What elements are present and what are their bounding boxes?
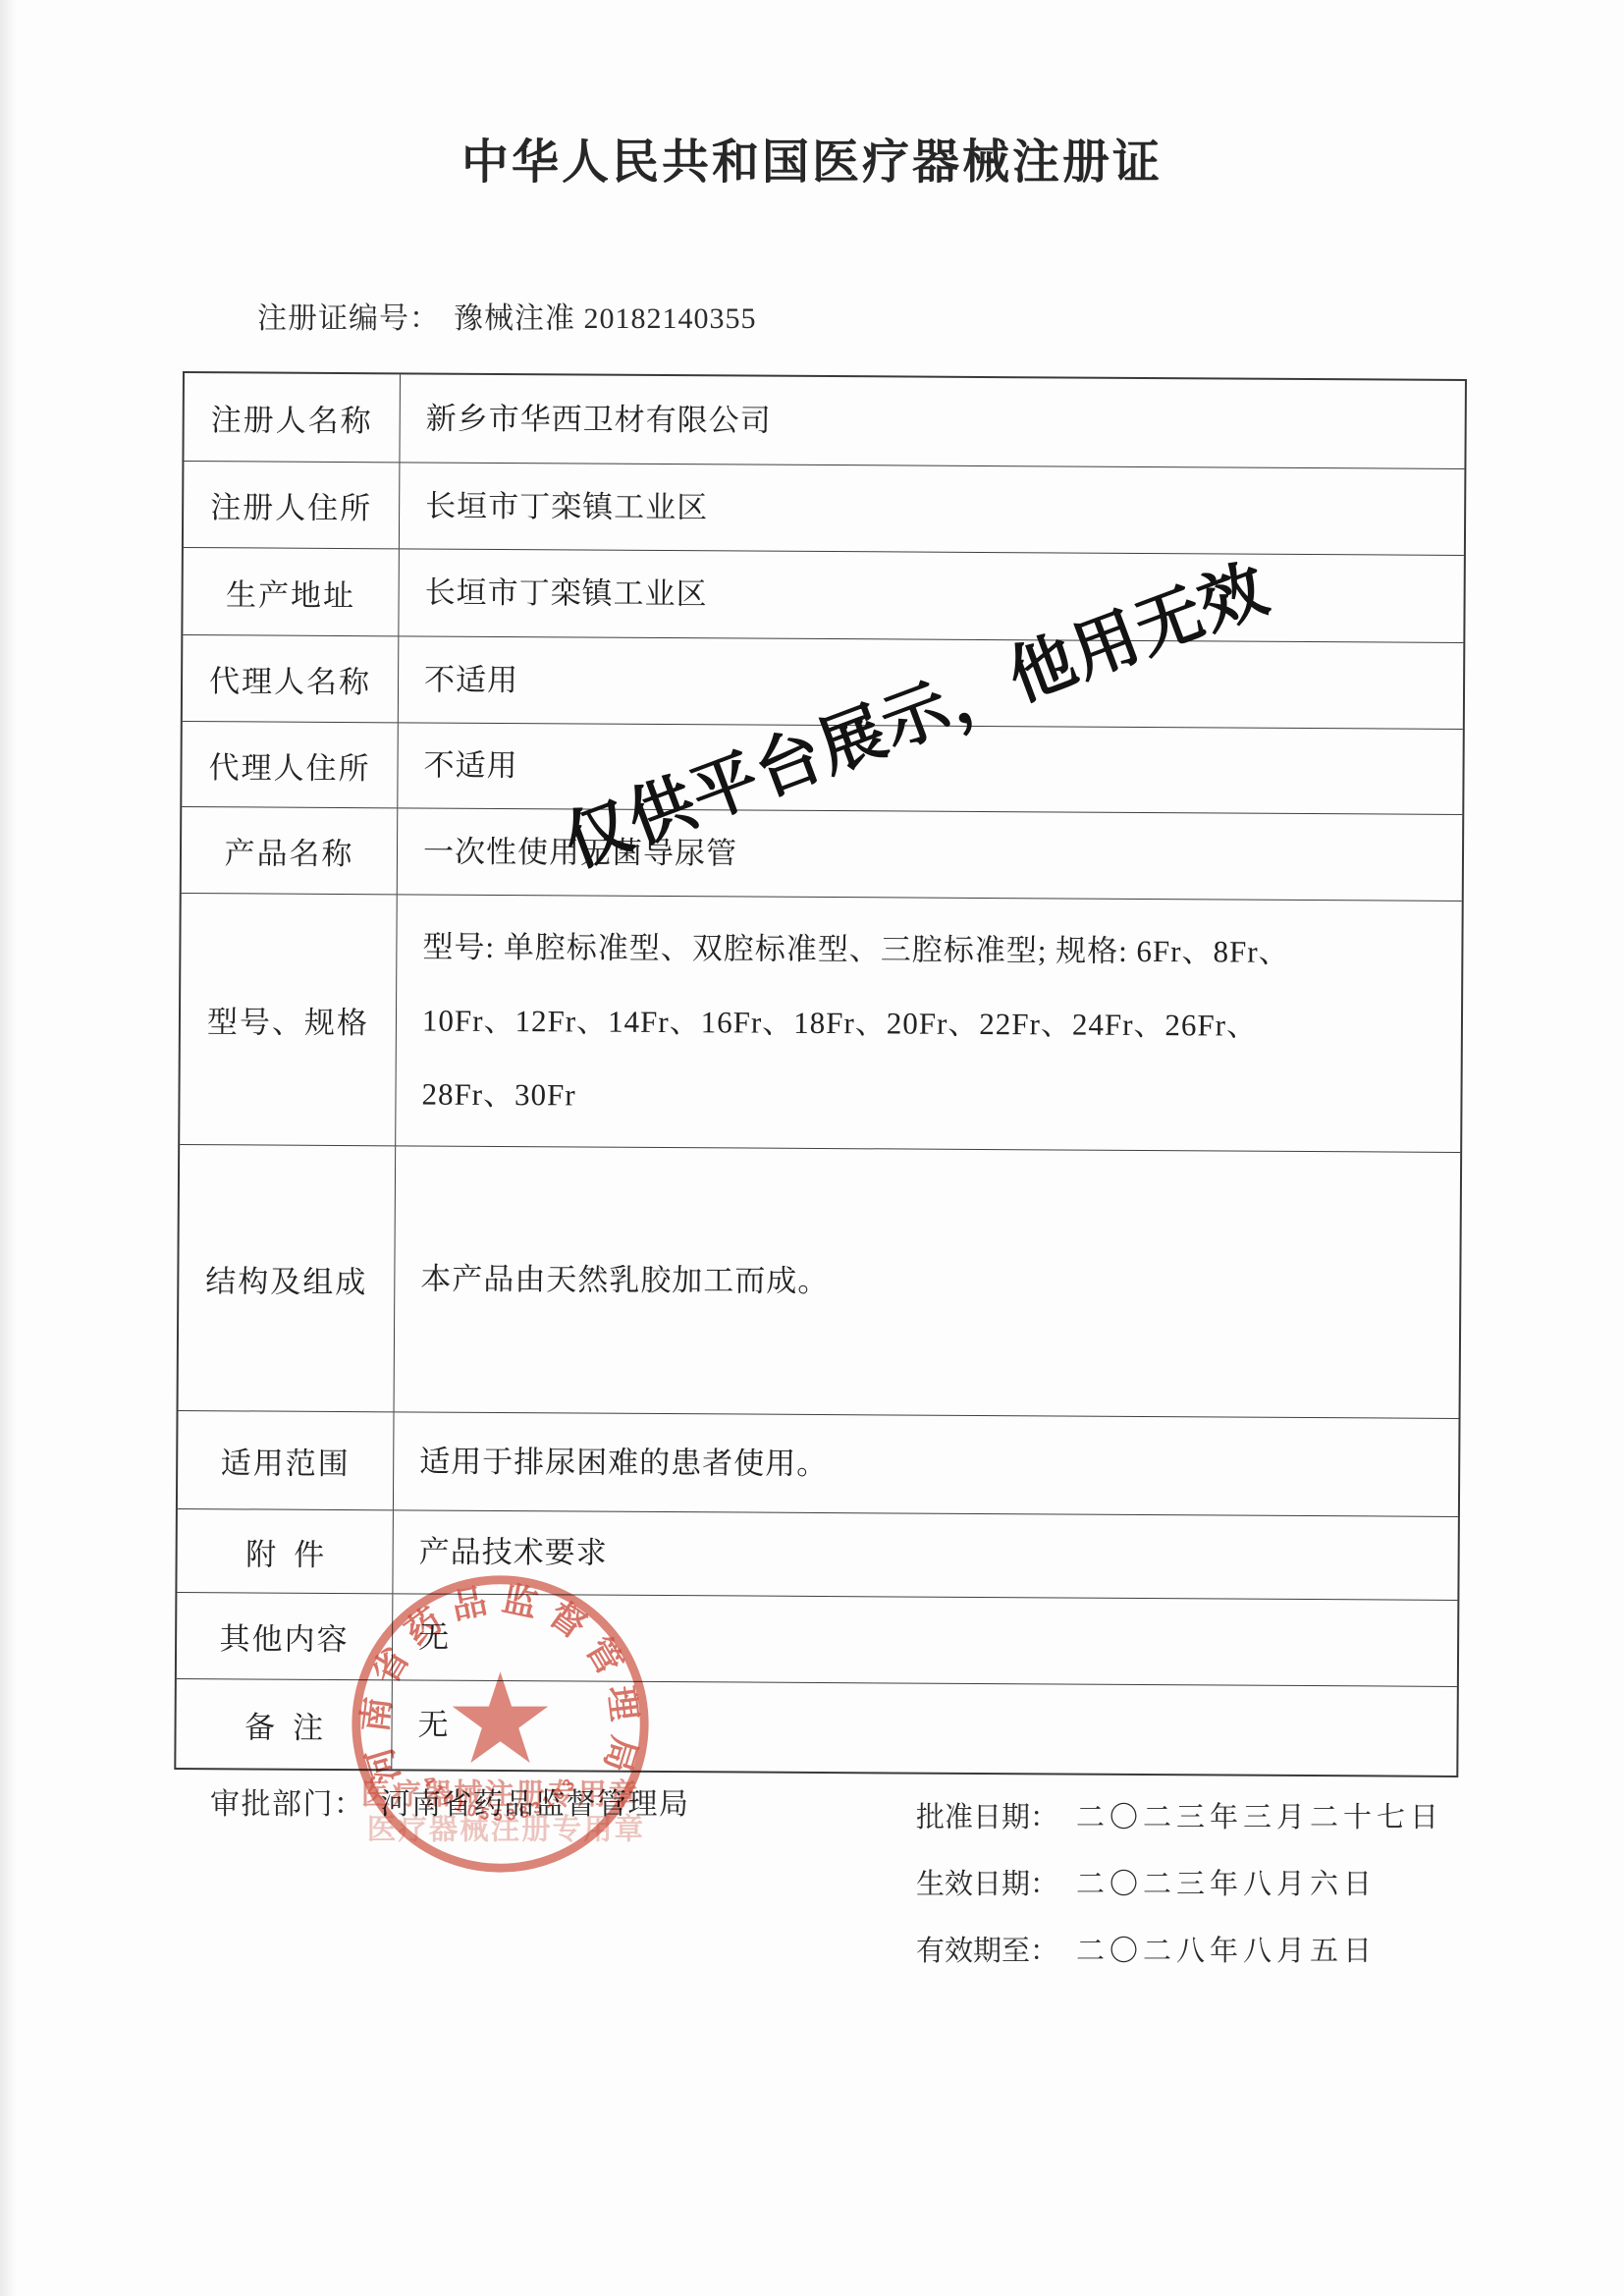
model-spec-line-1: 型号: 单腔标准型、双腔标准型、三腔标准型; 规格: 6Fr、8Fr、: [422, 910, 1441, 990]
expiry-date-line: 有效期至：二〇二八年八月五日: [916, 1929, 1443, 1969]
approval-department-label: 审批部门：: [210, 1788, 365, 1821]
model-spec-line-2: 10Fr、12Fr、14Fr、16Fr、18Fr、20Fr、22Fr、24Fr、…: [422, 984, 1441, 1064]
row-label-registrant-name: 注册人名称: [184, 373, 401, 462]
row-label-agent-name: 代理人名称: [183, 635, 400, 722]
row-label-production-address: 生产地址: [183, 548, 400, 635]
approval-date-label: 批准日期：: [916, 1802, 1058, 1833]
table-row: 结构及组成 本产品由天然乳胶加工而成。: [179, 1145, 1461, 1419]
row-value-production-address: 长垣市丁栾镇工业区: [399, 549, 1464, 642]
registration-number-label: 注册证编号：: [257, 302, 440, 335]
effective-date-label: 生效日期：: [916, 1869, 1058, 1900]
row-value-registrant-address: 长垣市丁栾镇工业区: [400, 463, 1465, 555]
effective-date-value: 二〇二三年八月六日: [1076, 1869, 1377, 1900]
star-icon: [453, 1671, 548, 1763]
official-seal: 河南省药品监督管理局 医疗器械注册专用章 医疗器械注册专用章 410105538…: [346, 1569, 655, 1879]
table-row: 型号、规格 型号: 单腔标准型、双腔标准型、三腔标准型; 规格: 6Fr、8Fr…: [180, 894, 1462, 1153]
row-label-structure: 结构及组成: [179, 1145, 397, 1411]
page-title: 中华人民共和国医疗器械注册证: [0, 124, 1624, 191]
row-label-product-name: 产品名称: [182, 807, 399, 894]
row-value-model-spec: 型号: 单腔标准型、双腔标准型、三腔标准型; 规格: 6Fr、8Fr、 10Fr…: [396, 895, 1462, 1152]
approval-date-line: 批准日期：二〇二三年三月二十七日: [916, 1795, 1443, 1835]
expiry-date-value: 二〇二八年八月五日: [1076, 1936, 1377, 1967]
expiry-date-label: 有效期至：: [916, 1936, 1058, 1967]
row-label-agent-address: 代理人住所: [182, 722, 399, 807]
row-label-registrant-address: 注册人住所: [184, 462, 401, 548]
row-value-registrant-name: 新乡市华西卫材有限公司: [400, 374, 1465, 468]
table-row: 注册人住所 长垣市丁栾镇工业区: [184, 462, 1465, 556]
table-row: 适用范围 适用于排尿困难的患者使用。: [178, 1411, 1459, 1517]
seal-graphic: 河南省药品监督管理局 医疗器械注册专用章 医疗器械注册专用章 410105538…: [346, 1569, 655, 1879]
registration-number-line: 注册证编号：豫械注准 20182140355: [257, 294, 757, 337]
row-value-structure: 本产品由天然乳胶加工而成。: [395, 1146, 1461, 1418]
registration-number-value: 豫械注准 20182140355: [454, 302, 757, 335]
row-label-model-spec: 型号、规格: [180, 894, 398, 1145]
row-value-scope: 适用于排尿困难的患者使用。: [394, 1412, 1459, 1516]
date-block: 批准日期：二〇二三年三月二十七日 生效日期：二〇二三年八月六日 有效期至：二〇二…: [916, 1795, 1443, 1995]
certificate-table: 注册人名称 新乡市华西卫材有限公司 注册人住所 长垣市丁栾镇工业区 生产地址 长…: [174, 371, 1467, 1777]
effective-date-line: 生效日期：二〇二三年八月六日: [916, 1862, 1443, 1902]
model-spec-line-3: 28Fr、30Fr: [421, 1058, 1440, 1137]
table-row: 生产地址 长垣市丁栾镇工业区: [183, 548, 1464, 643]
approval-date-value: 二〇二三年三月二十七日: [1076, 1802, 1443, 1833]
row-value-product-name: 一次性使用无菌导尿管: [398, 808, 1463, 901]
table-row: 产品名称 一次性使用无菌导尿管: [182, 807, 1463, 902]
certificate-page: 中华人民共和国医疗器械注册证 注册证编号：豫械注准 20182140355 注册…: [0, 0, 1624, 2296]
table-row: 注册人名称 新乡市华西卫材有限公司: [184, 373, 1465, 469]
row-label-scope: 适用范围: [178, 1411, 395, 1509]
